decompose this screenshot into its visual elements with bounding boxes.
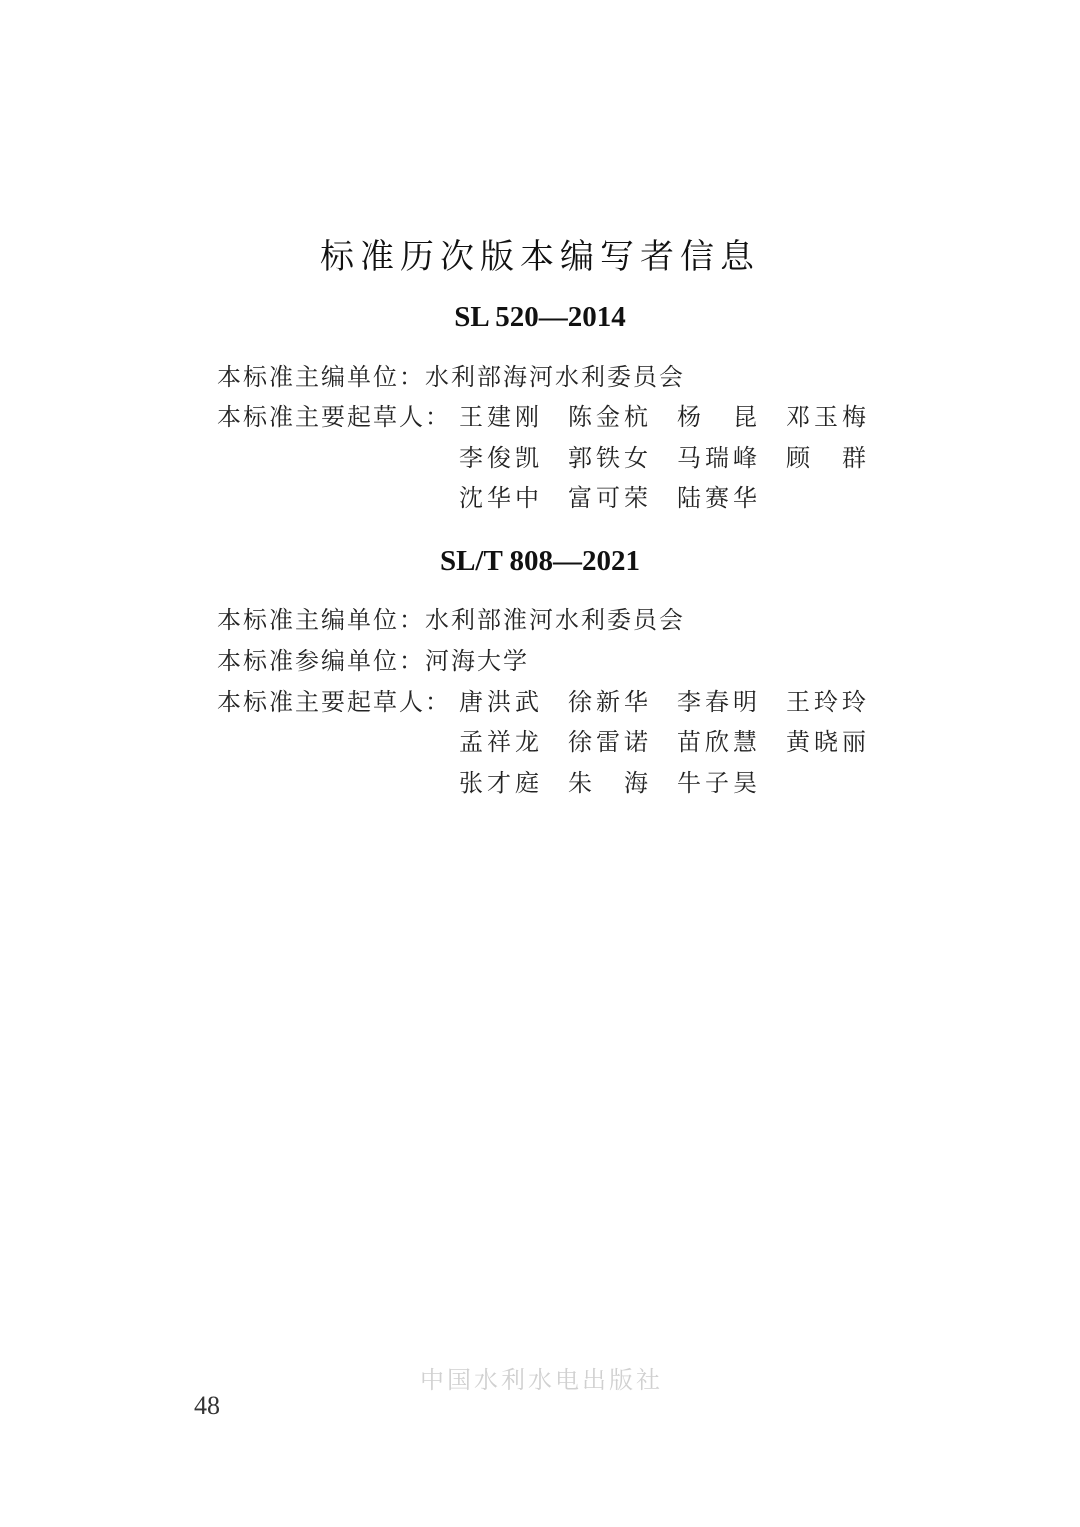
drafter-name: 陈金杭 — [568, 400, 648, 434]
drafter-name: 牛子昊 — [677, 766, 757, 800]
page-number: 48 — [194, 1390, 220, 1422]
drafter-name: 黄晓丽 — [786, 725, 866, 759]
standard-code-sl520: SL 520—2014 — [0, 299, 1080, 335]
drafter-name: 郭铁女 — [568, 441, 648, 475]
participating-unit-label: 本标准参编单位： — [217, 644, 425, 678]
drafter-name: 邓玉梅 — [786, 400, 866, 434]
drafter-name: 徐新华 — [568, 685, 648, 719]
participating-unit-value: 河海大学 — [425, 644, 529, 678]
drafter-name: 王建刚 — [459, 400, 539, 434]
chief-unit-row: 本标准主编单位：水利部海河水利委员会 — [217, 360, 685, 394]
standard-code-slt808: SL/T 808—2021 — [0, 543, 1080, 579]
chief-unit-label: 本标准主编单位： — [217, 360, 425, 394]
chief-unit-label: 本标准主编单位： — [217, 603, 425, 637]
drafter-name: 杨昆 — [677, 400, 757, 434]
drafter-name: 马瑞峰 — [677, 441, 757, 475]
drafter-name: 陆赛华 — [677, 481, 757, 515]
chief-unit-row: 本标准主编单位：水利部淮河水利委员会 — [217, 603, 685, 637]
drafters-label-row: 本标准主要起草人： — [217, 685, 451, 719]
chief-unit-value: 水利部海河水利委员会 — [425, 360, 685, 394]
drafters-label: 本标准主要起草人： — [217, 400, 451, 434]
drafter-name: 李春明 — [677, 685, 757, 719]
drafter-name: 顾群 — [786, 441, 866, 475]
chief-unit-value: 水利部淮河水利委员会 — [425, 603, 685, 637]
drafter-name: 沈华中 — [459, 481, 539, 515]
publisher-watermark: 中国水利水电出版社 — [420, 1364, 663, 1396]
page-title: 标准历次版本编写者信息 — [0, 235, 1080, 279]
drafter-name: 苗欣慧 — [677, 725, 757, 759]
drafter-name: 富可荣 — [568, 481, 648, 515]
drafter-name: 徐雷诺 — [568, 725, 648, 759]
drafter-name: 朱海 — [568, 766, 648, 800]
participating-unit-row: 本标准参编单位：河海大学 — [217, 644, 529, 678]
drafter-name: 唐洪武 — [459, 685, 539, 719]
drafter-name: 李俊凯 — [459, 441, 539, 475]
drafter-name: 孟祥龙 — [459, 725, 539, 759]
drafter-name: 张才庭 — [459, 766, 539, 800]
drafter-name: 王玲玲 — [786, 685, 866, 719]
drafters-label-row: 本标准主要起草人： — [217, 400, 451, 434]
drafters-label: 本标准主要起草人： — [217, 685, 451, 719]
